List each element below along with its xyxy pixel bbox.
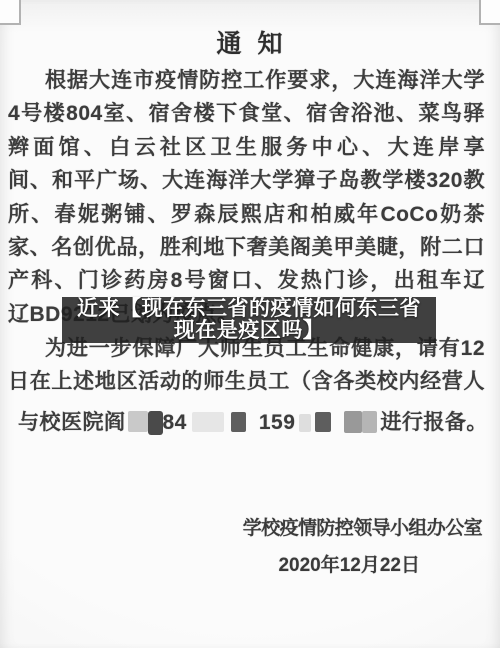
contact-text-suffix: 进行报备。 — [380, 411, 488, 434]
notice-line: 产科、门诊药房8号窗口、发热门诊，出租车辽B29M51、 — [8, 264, 485, 297]
overlay-caption-line-2: 现在是疫区吗】 — [174, 320, 325, 343]
notice-line: 所、春妮粥铺、罗森辰熙店和柏威年CoCo奶茶店、木村 — [8, 198, 485, 231]
notice-photo: 通 知 根据大连市疫情防控工作要求，大连海洋大学学生公寓 4号楼804室、宿舍楼… — [0, 0, 500, 648]
redaction-block — [315, 412, 331, 432]
redaction-block — [128, 411, 148, 432]
redaction-block — [231, 412, 246, 432]
overlay-caption-line-1: 近来【现在东三省的疫情如何东三省 — [77, 298, 421, 321]
redaction-block — [148, 411, 163, 435]
redaction-block — [299, 414, 311, 432]
page-corner-mark-right — [479, 0, 500, 25]
notice-line: 日在上述地区活动的师生员工（含各类校内经营人员）及时 — [8, 365, 485, 398]
notice-line: 家、名创优品，胜利地下奢美阁美甲美睫，附二口腔科和妇 — [8, 231, 485, 264]
notice-line: 辫面馆、白云社区卫生服务中心、大连岸享 Hotel101房 — [8, 131, 485, 164]
contact-text-prefix: 与校医院阎 — [18, 411, 126, 434]
page-corner-mark-left — [0, 0, 21, 25]
notice-signature: 学校疫情防控领导小组办公室 — [243, 513, 482, 540]
notice-line: 根据大连市疫情防控工作要求，大连海洋大学学生公寓 — [8, 64, 485, 97]
redaction-block — [362, 411, 377, 433]
phone-fragment-2: 159 — [259, 411, 296, 434]
contact-report-line: 与校医院阎84159进行报备。 — [8, 406, 485, 439]
notice-line: 间、和平广场、大连海洋大学獐子岛教学楼320教室和厕 — [8, 164, 485, 197]
notice-paragraph-1: 根据大连市疫情防控工作要求，大连海洋大学学生公寓 4号楼804室、宿舍楼下食堂、… — [8, 64, 485, 331]
redaction-block — [344, 411, 362, 433]
notice-line: 4号楼804室、宿舍楼下食堂、宿舍浴池、菜鸟驿站、刘小 — [8, 97, 485, 130]
redaction-block — [192, 412, 224, 432]
phone-fragment-1: 84 — [163, 411, 187, 434]
notice-title: 通 知 — [0, 24, 500, 60]
notice-date: 2020年12月22日 — [278, 550, 420, 577]
overlay-caption-banner: 近来【现在东三省的疫情如何东三省 现在是疫区吗】 — [62, 297, 436, 343]
